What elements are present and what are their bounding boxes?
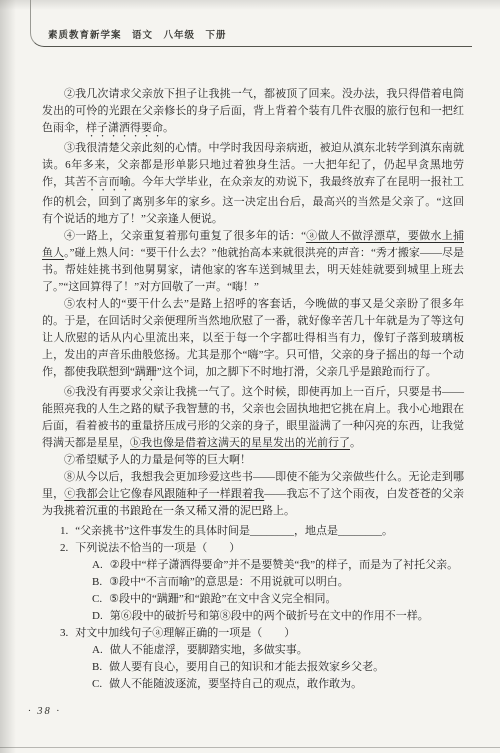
- option-label: B.: [92, 661, 102, 673]
- option-label: B.: [92, 576, 102, 588]
- question-text: “父亲挑书”这件事发生的具体时间是________，地点是________。: [75, 525, 393, 537]
- option-item: B.③段中“不言而喻”的意思是：不用说就可以明白。: [42, 574, 464, 591]
- option-item: D.第⑥段中的破折号和第⑧段中的两个破折号在文中的作用不一样。: [42, 608, 464, 625]
- passage: ②我几次请求父亲放下担子让我挑一气，都被顶了回来。没办法，我只得借着电筒发出的可…: [42, 86, 464, 520]
- scan-binding-shadow: [0, 0, 16, 753]
- underlined-sentence: ⓑ我也像是借着这满天的星星发出的光前行了: [130, 437, 350, 449]
- emphasis-dotted-text: 不言而喻: [86, 176, 130, 188]
- option-text: 做人不能虚浮，要脚踏实地，多做实事。: [110, 644, 308, 656]
- book-header-title: 素质教育新学案 语文 八年级 下册: [48, 27, 227, 41]
- option-text: 第⑥段中的破折号和第⑧段中的两个破折号在文中的作用不一样。: [110, 610, 429, 622]
- page-number: · 38 ·: [28, 706, 61, 717]
- option-item: C.做人不能随波逐流，要坚持自己的观点，敢作敢为。: [42, 676, 464, 693]
- passage-paragraph: ⑦希望赋予人的力量是何等的巨大啊！: [42, 452, 464, 469]
- text-segment: ④一路上，父亲重复着那句重复了很多年的话：“: [64, 230, 306, 242]
- option-text: ⑤段中的“蹒跚”和“踉跄”在文中含义完全相同。: [109, 593, 336, 605]
- emphasis-dotted-text: 蹒跚: [135, 366, 157, 378]
- passage-paragraph: ⑥我没有再要求父亲让我挑一气了。这个时候，即使再加上一百斤，只要是书——能照亮我…: [42, 384, 464, 452]
- option-text: ③段中“不言而喻”的意思是：不用说就可以明白。: [109, 576, 349, 588]
- option-label: C.: [92, 678, 102, 690]
- question-item: 3.对文中加线句子ⓐ理解正确的一项是（ ）: [42, 625, 464, 642]
- option-label: A.: [92, 644, 103, 656]
- option-item: B.做人要有良心，要用自己的知识和才能去报效家乡父老。: [42, 659, 464, 676]
- question-number: 3.: [60, 627, 68, 639]
- question-text: 下列说法不恰当的一项是（ ）: [75, 542, 240, 554]
- underlined-sentence: ⓒ我都会让它像春风跟随种子一样跟着我: [64, 488, 264, 500]
- passage-paragraph: ③我很清楚父亲此刻的心情。中学时我因母亲病逝，被迫从滇东北转学到滇东南就读。6年…: [42, 140, 464, 228]
- text-segment: 。”碰上熟人问：“要干什么去？”他就抬高本来就很洪亮的声音：“秀才搬家——尽是书…: [42, 247, 464, 293]
- text-segment: ”这个词，加之脚下不时地打滑，父亲几乎是踉跄而行了。: [157, 366, 437, 378]
- question-number: 1.: [60, 525, 68, 537]
- option-label: C.: [92, 593, 102, 605]
- question-number: 2.: [60, 542, 68, 554]
- passage-paragraph: ⑤农村人的“要干什么去”是路上招呼的客套话，今晚做的事又是父亲盼了很多年的。于是…: [42, 296, 464, 384]
- page-content: ②我几次请求父亲放下担子让我挑一气，都被顶了回来。没办法，我只得借着电筒发出的可…: [42, 86, 464, 693]
- text-segment: 。: [163, 122, 174, 134]
- emphasis-dotted-text: 样子潇洒得要命: [86, 122, 163, 134]
- option-item: A.做人不能虚浮，要脚踏实地，多做实事。: [42, 642, 464, 659]
- question-item: 1.“父亲挑书”这件事发生的具体时间是________，地点是________。: [42, 523, 464, 540]
- question-item: 2.下列说法不恰当的一项是（ ）: [42, 540, 464, 557]
- option-text: ②段中“样子潇洒得要命”并不是要赞美“我”的样子，而是为了衬托父亲。: [110, 559, 458, 571]
- option-label: D.: [92, 610, 103, 622]
- scan-page-edge: [0, 747, 500, 748]
- questions: 1.“父亲挑书”这件事发生的具体时间是________，地点是________。…: [42, 523, 464, 693]
- question-text: 对文中加线句子ⓐ理解正确的一项是（ ）: [75, 627, 295, 639]
- option-item: C.⑤段中的“蹒跚”和“踉跄”在文中含义完全相同。: [42, 591, 464, 608]
- text-segment: ⑦希望赋予人的力量是何等的巨大啊！: [64, 454, 251, 466]
- option-label: A.: [92, 559, 103, 571]
- passage-paragraph: ⑧从今以后，我想我会更加珍爱这些书——即使不能为父亲做些什么。无论走到哪里，ⓒ我…: [42, 469, 464, 520]
- text-segment: 。: [350, 437, 361, 449]
- passage-paragraph: ②我几次请求父亲放下担子让我挑一气，都被顶了回来。没办法，我只得借着电筒发出的可…: [42, 86, 464, 140]
- option-item: A.②段中“样子潇洒得要命”并不是要赞美“我”的样子，而是为了衬托父亲。: [42, 557, 464, 574]
- option-text: 做人要有良心，要用自己的知识和才能去报效家乡父老。: [109, 661, 384, 673]
- option-text: 做人不能随波逐流，要坚持自己的观点，敢作敢为。: [109, 678, 362, 690]
- passage-paragraph: ④一路上，父亲重复着那句重复了很多年的话：“ⓐ做人不做浮漂草，要做水上捕鱼人。”…: [42, 228, 464, 296]
